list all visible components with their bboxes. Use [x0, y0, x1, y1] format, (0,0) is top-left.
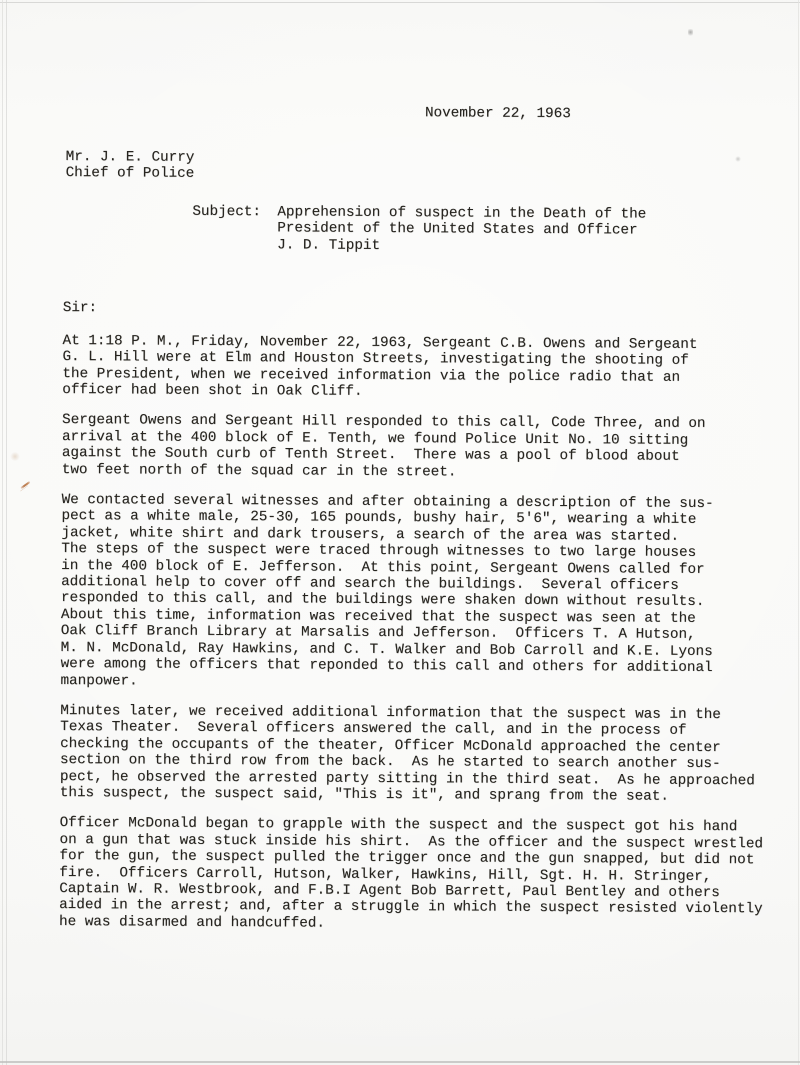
scanned-letter-page: November 22, 1963 Mr. J. E. Curry Chief …	[0, 0, 800, 1065]
subject-text: Apprehension of suspect in the Death of …	[277, 204, 646, 255]
letter-date: November 22, 1963	[425, 105, 571, 122]
paragraph-1: At 1:18 P. M., Friday, November 22, 1963…	[62, 333, 766, 403]
paragraph-4: Minutes later, we received additional in…	[60, 703, 764, 806]
letter-body: Sir: At 1:18 P. M., Friday, November 22,…	[59, 300, 766, 948]
salutation: Sir:	[63, 300, 767, 321]
recipient-address: Mr. J. E. Curry Chief of Police	[66, 149, 195, 183]
letter-content: November 22, 1963 Mr. J. E. Curry Chief …	[0, 0, 800, 1065]
subject-label: Subject:	[192, 204, 261, 221]
paragraph-3: We contacted several witnesses and after…	[60, 492, 765, 693]
paragraph-2: Sergeant Owens and Sergeant Hill respond…	[62, 412, 766, 482]
paragraph-5: Officer McDonald began to grapple with t…	[59, 815, 763, 934]
